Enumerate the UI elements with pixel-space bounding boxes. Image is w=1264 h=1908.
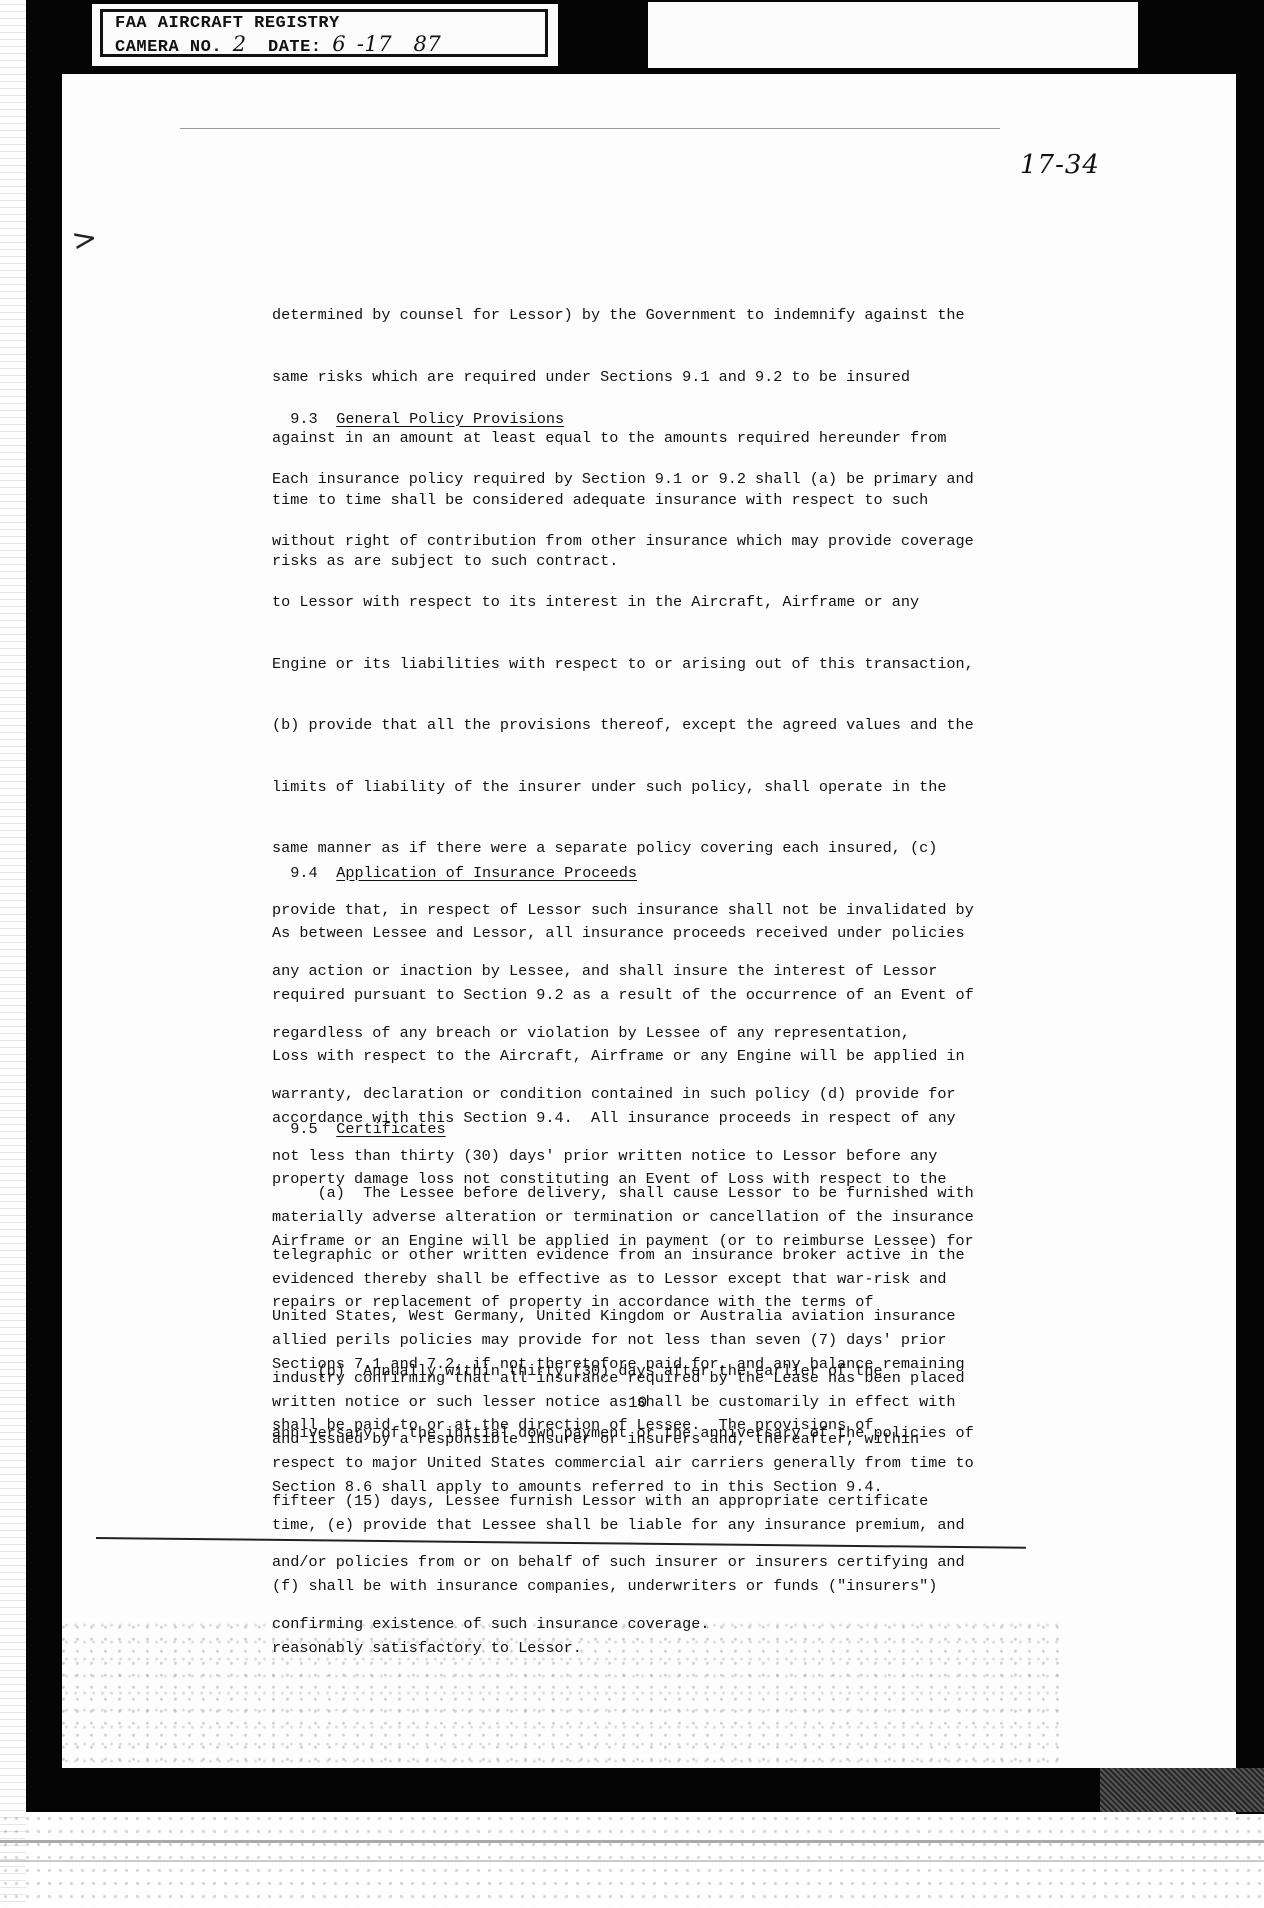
- film-frame-right: [1236, 74, 1264, 1814]
- registry-stamp-border: FAA AIRCRAFT REGISTRY CAMERA NO. 2 DATE:…: [100, 9, 548, 57]
- text-line: anniversary of the initial down payment …: [272, 1423, 1052, 1444]
- text-line: to Lessor with respect to its interest i…: [272, 592, 1052, 613]
- date-label: DATE:: [268, 38, 322, 57]
- camera-label: CAMERA NO.: [115, 38, 222, 57]
- date-day: -17: [357, 32, 392, 56]
- date-month: 6: [332, 32, 346, 56]
- text-line: (b) provide that all the provisions ther…: [272, 715, 1052, 736]
- film-frame-bottom: [26, 1768, 1264, 1812]
- section-title: Application of Insurance Proceeds: [336, 864, 637, 882]
- section-number: 9.5: [290, 1119, 336, 1140]
- section-number: 9.3: [290, 409, 336, 430]
- date-year: 87: [414, 32, 442, 56]
- section-heading-9-5: 9.5Certificates: [272, 1098, 446, 1139]
- text-line: Loss with respect to the Aircraft, Airfr…: [272, 1046, 1052, 1067]
- text-line: (b) Annually within thirty (30) days aft…: [272, 1361, 1052, 1382]
- film-grain: [1100, 1768, 1264, 1812]
- section-heading-9-3: 9.3General Policy Provisions: [272, 388, 564, 429]
- registry-stamp: FAA AIRCRAFT REGISTRY CAMERA NO. 2 DATE:…: [92, 4, 558, 66]
- text-line: (a) The Lessee before delivery, shall ca…: [272, 1183, 1052, 1204]
- registry-title: FAA AIRCRAFT REGISTRY: [115, 14, 535, 34]
- section-heading-9-4: 9.4Application of Insurance Proceeds: [272, 842, 637, 883]
- section-number: 9.4: [290, 863, 336, 884]
- camera-number: 2: [233, 32, 247, 56]
- faint-header-rule: [180, 128, 1000, 129]
- camera-date-line: CAMERA NO. 2 DATE: 6 -17 87: [115, 34, 535, 58]
- text-line: telegraphic or other written evidence fr…: [272, 1245, 1052, 1266]
- scan-speckle: [62, 1620, 1062, 1768]
- text-line: Each insurance policy required by Sectio…: [272, 469, 1052, 490]
- text-line: Engine or its liabilities with respect t…: [272, 654, 1052, 675]
- handwritten-page-reference: 17-34: [1020, 150, 1100, 180]
- scan-edge: [0, 0, 26, 1908]
- section-title: General Policy Provisions: [336, 410, 564, 428]
- text-line: without right of contribution from other…: [272, 531, 1052, 552]
- blank-stamp-area: [648, 2, 1138, 68]
- scan-noise-strip: [0, 1812, 1264, 1908]
- text-line: fifteer (15) days, Lessee furnish Lessor…: [272, 1491, 1052, 1512]
- text-line: determined by counsel for Lessor) by the…: [272, 305, 1052, 326]
- text-line: and/or policies from or on behalf of suc…: [272, 1552, 1052, 1573]
- section-title: Certificates: [336, 1120, 445, 1138]
- page-number: 10: [628, 1394, 647, 1412]
- film-frame-left: [26, 0, 62, 1810]
- text-line: required pursuant to Section 9.2 as a re…: [272, 985, 1052, 1006]
- text-line: As between Lessee and Lessor, all insura…: [272, 923, 1052, 944]
- section-9-5-subparagraph-b: (b) Annually within thirty (30) days aft…: [272, 1320, 1052, 1464]
- text-line: limits of liability of the insurer under…: [272, 777, 1052, 798]
- text-line: same risks which are required under Sect…: [272, 367, 1052, 388]
